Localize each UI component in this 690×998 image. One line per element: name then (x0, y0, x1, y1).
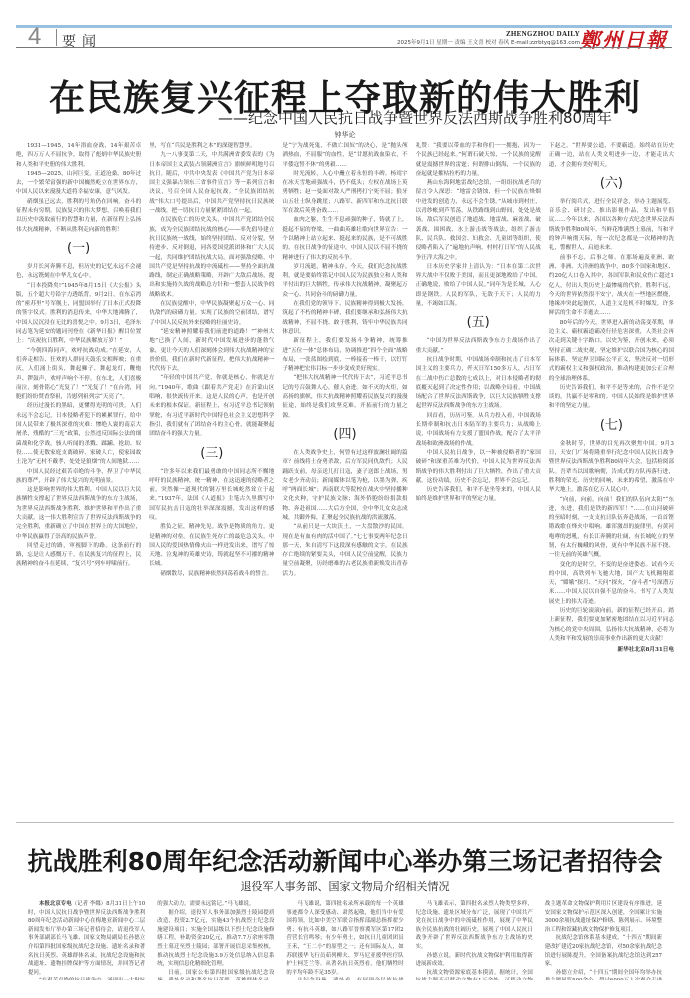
paragraph: 回望走过的路，审视脚下的路。这条前行的路，忘是让人感慨万千。在民族复兴的征程上，… (16, 542, 141, 570)
paragraph: 金秋时节，世界的目光再次聚焦中国。9月3日，天安门广场将隆重举行纪念中国人民抗日… (549, 440, 674, 496)
paragraph: 下赵之。“世界要公道，不要霸道。始终站在历史正确一边，站在人类文明进步一边，才能… (549, 142, 674, 170)
paragraph: 在人类战争史上，何曾有过这样波澜壮阔的篇章？前线将士奋勇杀敌，后方军民同仇敌忾；… (282, 449, 407, 523)
paragraph: 回首看，历历可鉴。从兵力投入看，中国战场长期牵制和抗击日本陆军的主要兵力；从战略… (416, 412, 541, 449)
paragraph: 里，写在“兵民是胜利之本”的深邃智慧里。 (149, 142, 274, 151)
paragraph: 1945—2025，山河巨变，正道沧桑。80年过去，一个繁荣富强的新中国巍然屹立… (16, 170, 141, 198)
section-marker: (一) (16, 241, 141, 257)
section-marker: (六) (549, 176, 674, 192)
article2-headline: 抗战胜利80周年纪念活动新闻中心举办第三场记者招待会 (0, 842, 690, 878)
paragraph: “向前，向前，向前！我们的队伍向太阳”“东进，东进，我们是铁的新四军！”……在山… (549, 496, 674, 561)
paragraph: 礼赞：“我要以带血的手和你们一一拥抱，因为一个民族已经起来。”何谓石破天惊，一个… (416, 142, 541, 179)
paragraph: 硝烟虽已远去，胜利的号角仍在回响。奋斗的征程未有穷期。民族复兴的伟大梦想，召唤着… (16, 198, 141, 235)
paragraph: 马飞雄表示，第四批名录烈人物类型多样，纪念设施、遗址区域分布广泛，展现了中国共产… (416, 900, 533, 952)
article2-column-1: 本报北京专电（记者 李娜）8月31日上午10时，中国人民抗日战争暨世界反法西斯战… (28, 900, 145, 980)
masthead-bottom-rule (16, 47, 672, 48)
paragraph: 是“宁为战死鬼，不做亡国奴”的决心，是“抛头颅洒热血，不屈服”的血性，是“甘愿抗… (282, 142, 407, 170)
article2-body: 本报北京专电（记者 李娜）8月31日上午10时，中国人民抗日战争暨世界反法西斯战… (28, 900, 662, 980)
paragraph: 1931—1945，14年浴血奋战，14年艰苦卓绝，四万万人不屈抗争，取得了彪炳… (16, 142, 141, 170)
paragraph: “中国为世界反法西斯战争东方主战场作出了重大贡献。” (416, 337, 541, 356)
paragraph: 抗战纪念馆体系基本建成。“十四五”期间新建改扩建近20家抗战纪念馆，对50余家抗… (545, 934, 662, 968)
article-byline: 钟华论 (0, 130, 690, 140)
paragraph: 的强大动力，需要永远铭记。”马飞雄说。 (157, 900, 274, 909)
paragraph: 历史告诉我们，和平不是坐等来的，中国人民始终是维护世界和平的坚定力量。 (416, 486, 541, 505)
paragraph: “今朝四海同声，欢呼抗战功成。”在延安，人们奔走相告、狂欢的人群同天鼓乐交相辉映… (16, 347, 141, 403)
paragraph: 战主题革命文物保护利用片区建设有序推进，延安国家文物保护示范区深入创建，全国累计… (545, 900, 662, 934)
paragraph: 孙德立介绍，“十四五”期间全国年均举办抗战主题展览500余个，超过6000万人次… (545, 969, 662, 980)
dateline: 本报北京专电 (39, 901, 72, 907)
paragraph: 变化的是时空，不变的是奋进姿态。试看今天的中国，高铁列车飞驰大地，国产大飞机翱翔… (549, 561, 674, 607)
article-column-3: 是“宁为战死鬼，不做亡国奴”的决心，是“抛头颅洒热血，不屈服”的血性，是“甘愿抗… (282, 142, 407, 818)
paragraph: “日本投降矣!”1945年8月15日《大公报》头版，五个超大号铅字力透纸背。9月… (16, 282, 141, 347)
paragraph: 举行阅兵式，进行全民祥念，举办主题展览、音乐会、研讨会、推出影视作品，发出和平倡… (549, 198, 674, 254)
paragraph: （记者 李娜）8月31日上午10时，中国人民抗日战争暨世界反法西斯战争胜利80周… (28, 901, 145, 976)
newspaper-page: 4 要闻 ZHENGZHOU DAILY 2025年9月1日 星期一 责编 王文… (0, 0, 690, 998)
article-subhead: ——纪念中国人民抗日战争暨世界反法西斯战争胜利80周年 (0, 107, 690, 128)
paragraph: 日前，国家公布第四批国家级抗战纪念设施、遗址名录和著名抗日英烈、英雄群体名录，包… (157, 969, 274, 980)
paragraph: 日本历史学家井上清认为：“日本在第二次世界大战中不仅败于美国，而且更深地败给了中… (416, 263, 541, 309)
paragraph: 抗日战争时期，中国战场牵制和抗击了日本军国主义的主要兵力，歼灭日军150多万人，… (416, 356, 541, 412)
article-column-1: 1931—1945，14年浴血奋战，14年艰苦卓绝，四万万人不屈抗争，取得了彪炳… (16, 142, 141, 818)
masthead-rule (16, 25, 672, 28)
paragraph: “在艰苦卓绝的抗日战争中，涌现出一大批抗日和众多英雄群体。”这些抗日英雄是中华民… (28, 977, 145, 980)
paragraph: 中国人民抗日战争，以一种被侵略者的“家国破碎”和深重苦难为代价，中国人民为世界反… (416, 449, 541, 486)
paragraph: 马飞雄说，第四批名录所承载的每一个英雄事迹都令人深受感动、肃然起敬，他们当中有爱… (286, 900, 403, 977)
paragraph: 这是影响世界的伟大胜利。中国人民以巨大民族牺牲支撑起了世界反法西斯战争的东方主战… (16, 486, 141, 542)
paragraph: “延安精神照耀着我们前进的道路！”“神州大地”已换了人间，新时代中国发展进步的蓬… (149, 328, 274, 374)
masthead-separator (56, 29, 57, 46)
paragraph: 中国人民经过艰苦卓绝的斗争，捍卫了中华民族的尊严，开辟了伟大复兴的光明前景。 (16, 468, 141, 487)
article2-column-5: 战主题革命文物保护利用片区建设有序推进，延安国家文物保护示范区深入创建，全国累计… (545, 900, 662, 980)
paragraph: 80年后的今天，世界进入新的动荡变革期，单边主义、霸权霸道霸凌行径危害深重，人类… (549, 319, 674, 384)
paragraph: 孙德立说，新时代抗战文物保护利用取得新进展新成效。 (416, 952, 533, 969)
section-marker: (四) (282, 427, 407, 443)
paragraph: 燕山东海阿地雷战纪念馆，一组组抗战老兵的留言令人深思：“地雷会锈蚀，但一个民族在… (416, 179, 541, 263)
section-marker: (三) (149, 446, 274, 462)
paragraph: 在民族危亡的历史关头，中国共产党团结全民族，成为全民族团结抗战的核心——率先倡导… (149, 216, 274, 300)
paragraph: 血肉之躯，生生不息顽强的种子，铸就了上，挺起不屈的脊梁。一曲曲英雄壮歌向世界宣告… (282, 216, 407, 262)
article2-column-3: 马飞雄说，第四批名录所承载的每一个英雄事迹都令人深受感动、肃然起敬，他们当中有爱… (286, 900, 403, 980)
article-column-5: 下赵之。“世界要公道，不要霸道。始终站在历史正确一边，站在人类文明进步一边，才能… (549, 142, 674, 818)
paragraph: 九一八事变第二天，中共满洲省委发表的《为日本帝国主义武装占领满洲宣言》旗帜鲜明地… (149, 151, 274, 216)
paragraph: 从纪念设施、遗址看，有展现全民族抗战的，有见证抗战胜利的，有记录日本侵华血泪史的… (286, 977, 403, 980)
article2-column-4: 马飞雄表示，第四批名录烈人物类型多样，纪念设施、遗址区域分布广泛，展现了中国共产… (416, 900, 533, 980)
paragraph: 历史告诉我们，和平不是等来的，合作不是空谈的，共赢不是零和的。中国人民始终是维护… (549, 384, 674, 412)
paragraph: 硝烟散尽，民族精神依然回荡着战斗的誓言。 (149, 570, 274, 579)
paragraph: 岁月长河奔腾不息，但历史的记忆永远不会褪色，永远镌刻在中华儿女心中。 (16, 263, 141, 282)
article-signoff: 新华社北京8月31日电 (549, 646, 674, 655)
section-marker: (七) (549, 418, 674, 434)
paragraph: 胜负之征，精神先见。战争是物质的角力，更是精神的对垒。在民族生死存亡的最危急关头… (149, 523, 274, 569)
paragraph: 据介绍，退役军人事务部加强烈士陵园提质改造，投资2.7亿元，实施43个抗战烈士纪… (157, 909, 274, 969)
paragraph: “许多年以来我们最勇敢的中国同志所不懈地呼吁的民族精神，统一精神，在这迅速的侵略… (149, 468, 274, 524)
article2-subhead: 退役军人事务部、国家文物局介绍相关情况 (0, 878, 690, 894)
page-number: 4 (28, 27, 41, 47)
paper-logo: 鄭州日報 (580, 24, 668, 53)
section-name: 要闻 (62, 31, 102, 51)
paragraph: 抗战文物资源家底基本摸清。据统计，全国抗战主题不可移动文物有1万余处，可移动文物… (416, 969, 533, 980)
paragraph: “从前只是一大块沃土，一大盘散沙的民国，现在是有血有肉的活中国了。”七七事变两年… (282, 523, 407, 579)
article-column-4: 礼赞：“我要以带血的手和你们一一拥抱，因为一个民族已经起来。”何谓石破天惊，一个… (416, 142, 541, 818)
paragraph: 时光流转，人心中矗立着永恒的丰碑。杨靖宇在冰天雪地顽强战斗，仍不低头；左权在战场… (282, 170, 407, 216)
paragraph: “年轻的中国共产党，你就是核心，你就是方向。”1940年，歌曲《跟着共产党走》在… (149, 374, 274, 439)
paragraph: 前事不忘，后事之师。在那场遍及亚洲、欧洲、非洲、大洋洲的战争中，80多个国家和地… (549, 254, 674, 319)
article-body: 1931—1945，14年浴血奋战，14年艰苦卓绝，四万万人不屈抗争，取得了彪炳… (16, 142, 674, 818)
section-marker: (五) (416, 315, 541, 331)
paragraph: 在我们党的领导下，民族精神得到极大发扬，筑起了不朽的精神丰碑，我们要继承和弘扬伟… (282, 300, 407, 337)
article-divider (16, 822, 674, 823)
paragraph: 新征程上，我们要发扬斗争精神，统筹推进“五位一体”总体布局，协调推进“四个全面”… (282, 337, 407, 374)
paragraph: 历史的巨轮滚滚向前，新的征程已经开启。踏上新征程，我们要更加紧密地团结在以习近平… (549, 607, 674, 644)
masthead-info: 2025年9月1日 星期一 责编 王文喜 校对 春风 E-mail:zzrbty… (397, 38, 580, 46)
paragraph: 在民族觉醒中，中华民族凝聚起万众一心、同仇敌忾的磅礴力量。实现了民族的空前团结，… (149, 300, 274, 328)
paper-name-en: ZHENGZHOU DAILY (506, 30, 580, 38)
article2-column-2: 的强大动力，需要永远铭记。”马飞雄说。 据介绍，退役军人事务部加强烈士陵园提质改… (157, 900, 274, 980)
paragraph: 岁月流逝，精神永存。今天，我们纪念抗战胜利，就是要始终铭记中国人民为民族独立和人… (282, 263, 407, 300)
paragraph: 经历过漫长的黑暗，更懂得光明的可贵。人们永远不会忘记，日本侵略者犯下的累累罪行，… (16, 402, 141, 467)
article-column-2: 里，写在“兵民是胜利之本”的深邃智慧里。 九一八事变第二天，中共满洲省委发表的《… (149, 142, 274, 818)
paragraph: “把伟大抗战精神一代代传下去”，习近平总书记的号召鼓舞人心，催人奋进。如不灭的火… (282, 374, 407, 420)
